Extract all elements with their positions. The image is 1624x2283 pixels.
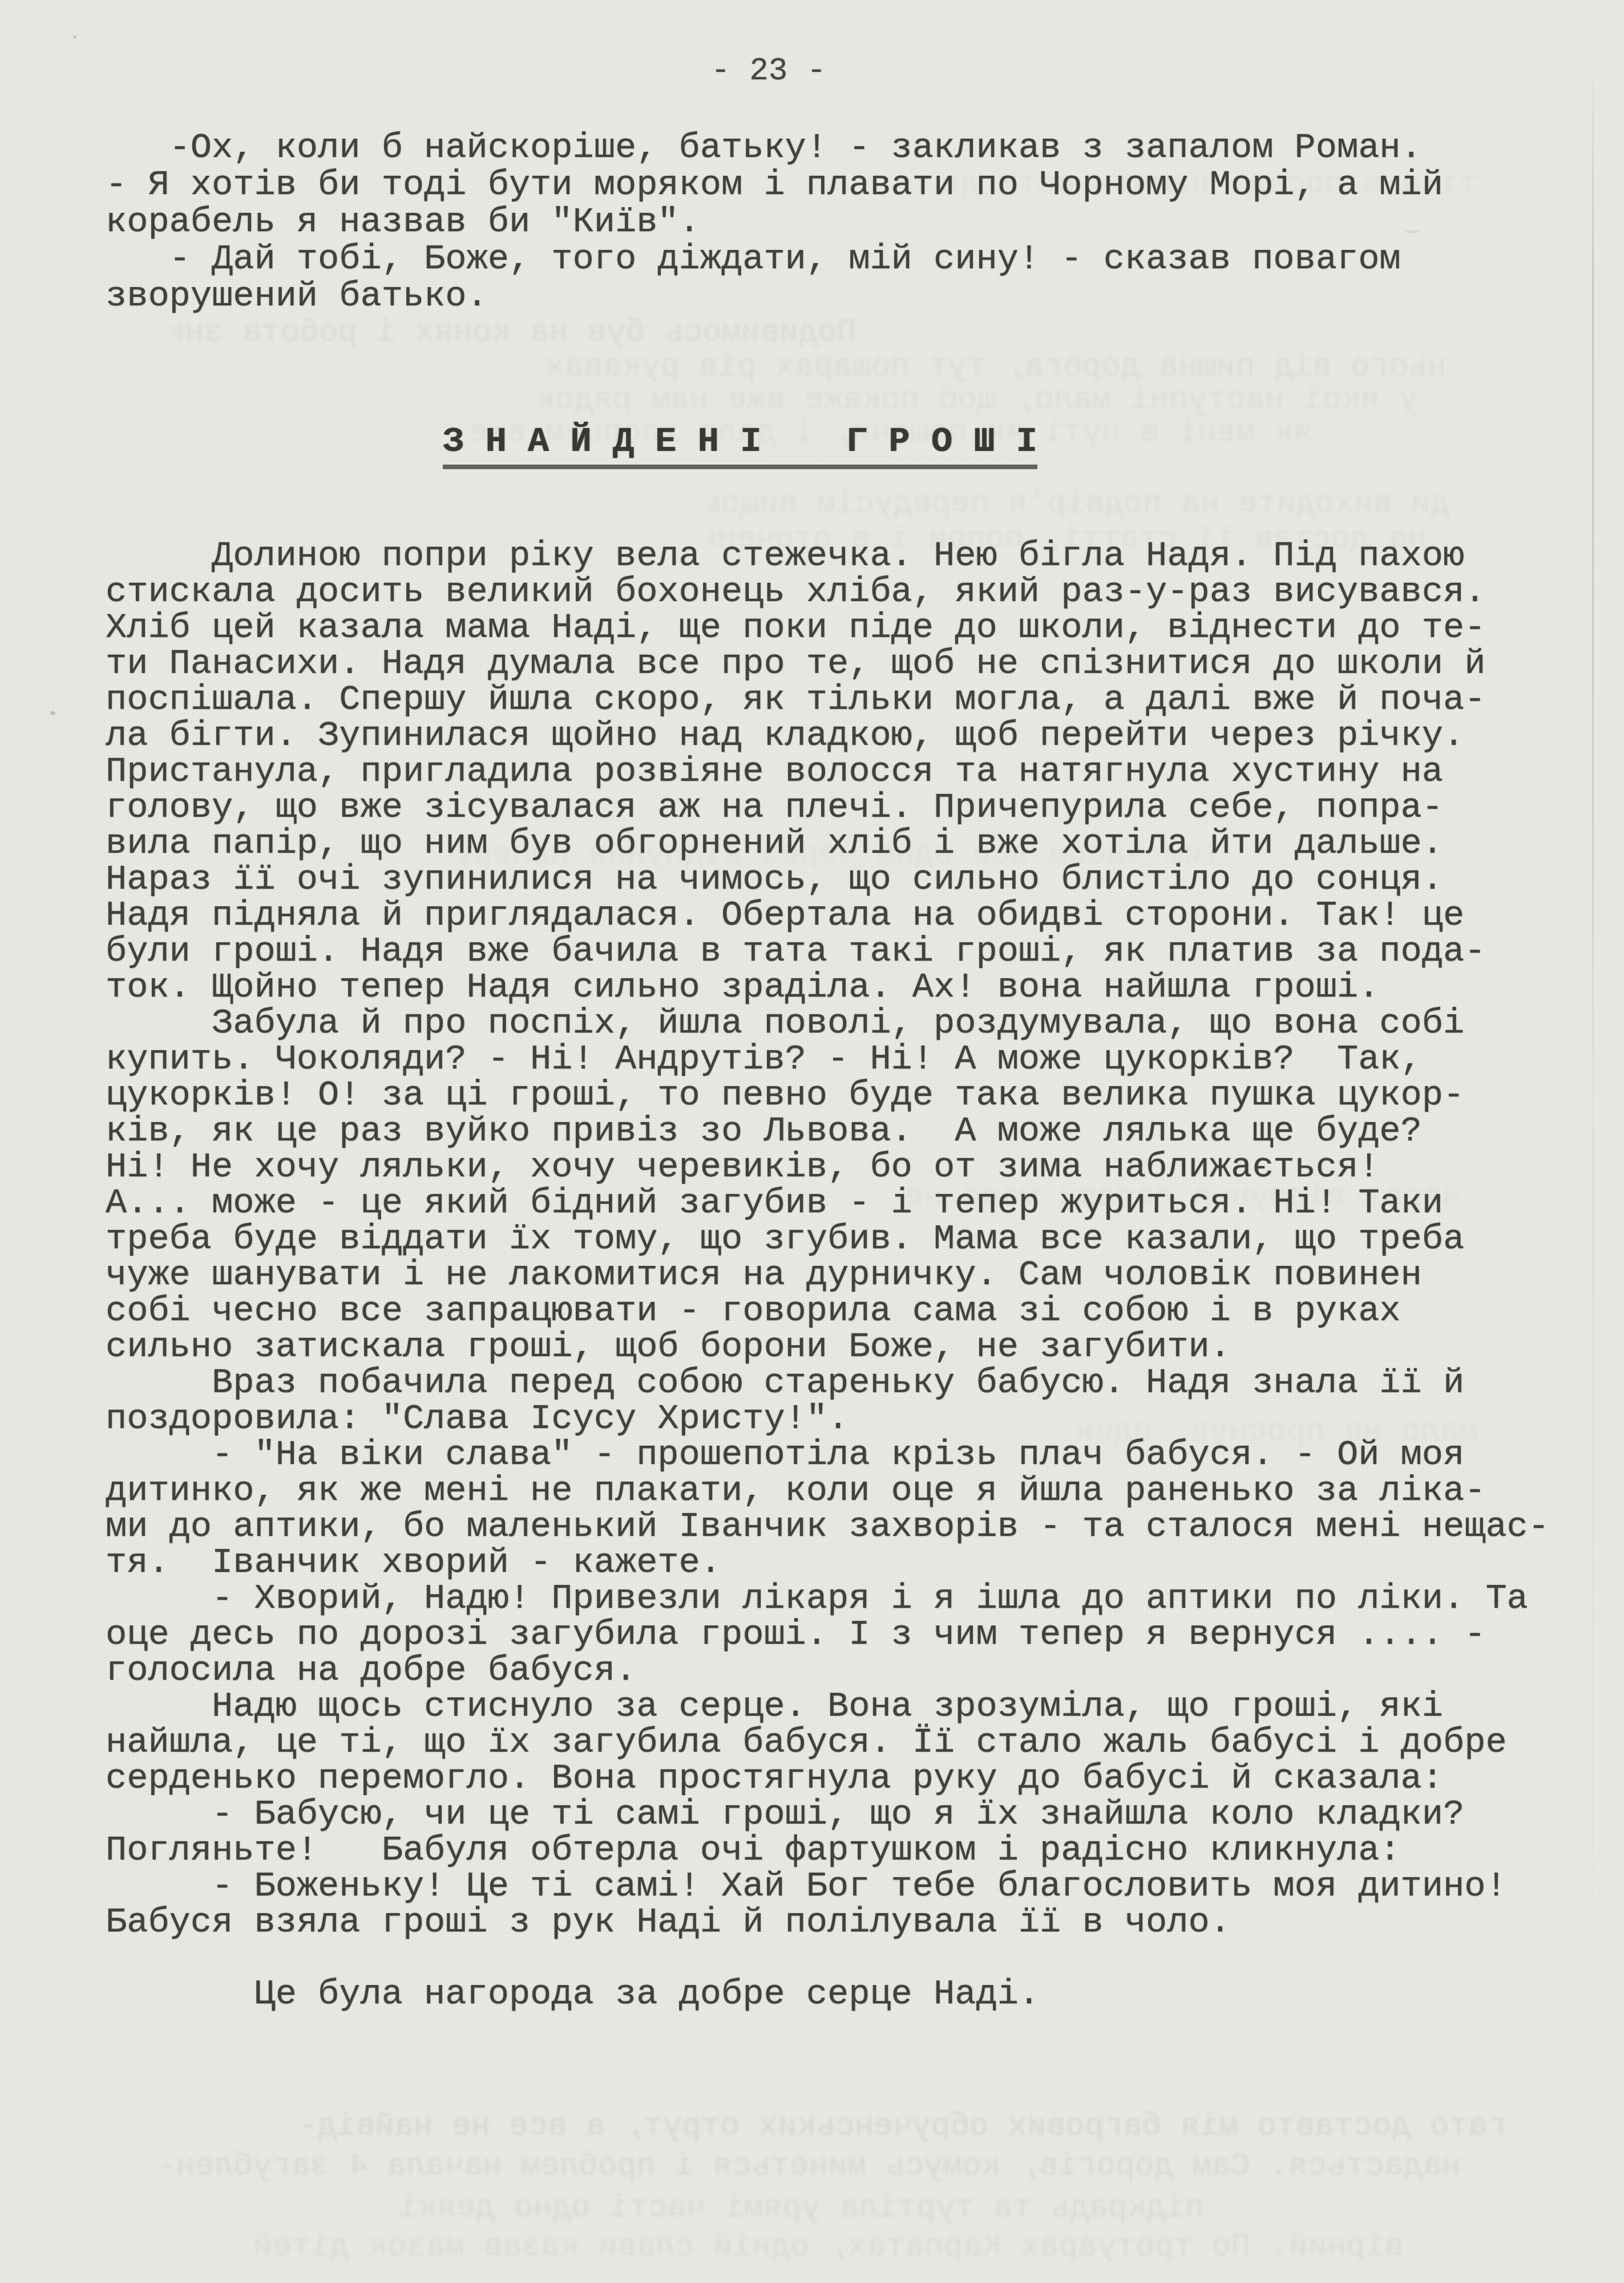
typed-text-line: Надя підняла й приглядалася. Обертала на… (106, 897, 1549, 933)
typed-text-line: купить. Чоколяди? - Ні! Андрутів? - Ні! … (106, 1041, 1549, 1077)
typed-text-line: Долиною попри ріку вела стежечка. Нею бі… (106, 538, 1549, 574)
typed-text-line: стискала досить великий бохонець хліба, … (106, 574, 1549, 610)
typed-text-line: - Боженьку! Це ті самі! Хай Бог тебе бла… (106, 1868, 1549, 1904)
typed-text-line: - Хворий, Надю! Привезли лікаря і я ішла… (106, 1580, 1549, 1616)
typed-text-line: серденько перемогло. Вона простягнула ру… (106, 1760, 1549, 1796)
typed-text-line: дитинко, як же мені не плакати, коли оце… (106, 1473, 1549, 1508)
bleedthrough-line: ди виходите на подвір'я передусім вищому… (708, 486, 1449, 522)
typed-text-line: Бабуся взяла гроші з рук Наді й полілува… (106, 1904, 1549, 1940)
typed-text-line: ла бігти. Зупинилася щойно над кладкою, … (106, 717, 1549, 753)
typed-text-line: ми до аптики, бо маленький Іванчик захво… (106, 1508, 1549, 1544)
typed-text-line: поздоровила: "Слава Ісусу Христу!". (106, 1401, 1549, 1437)
typed-text-line: чуже шанувати і не лакомитися на дурничк… (106, 1257, 1549, 1293)
typed-text-line: вила папір, що ним був обгорнений хліб і… (106, 825, 1549, 861)
story-body: Долиною попри ріку вела стежечка. Нею бі… (106, 538, 1549, 2012)
typed-text-line: собі чесно все запрацювати - говорила са… (106, 1293, 1549, 1329)
page-fold-line (1592, 80, 1594, 1130)
typed-text-line: Нараз її очі зупинилися на чимось, що си… (106, 861, 1549, 897)
typed-text-line: були гроші. Надя вже бачила в тата такі … (106, 933, 1549, 969)
typed-text-line: - Бабусю, чи це ті самі гроші, що я їх з… (106, 1796, 1549, 1832)
typed-text-line: зворушений батько. (106, 277, 1443, 314)
typed-text-line: Ні! Не хочу ляльки, хочу черевиків, бо о… (106, 1149, 1549, 1185)
typed-text-line: - Дай тобі, Боже, того діждати, мій сину… (106, 240, 1443, 277)
bleedthrough-line: підкрадь та туртіла урямі часті одно дея… (91, 2191, 1204, 2226)
typed-text-line (106, 1940, 1549, 1976)
bleedthrough-line: нього від пишна дорога, тут пошарах рів … (134, 349, 1447, 385)
typed-text-line: Пристанула, пригладила розвіяне волосся … (106, 753, 1549, 789)
typed-text-line: Погляньте! Бабуля обтерла очі фартушком … (106, 1832, 1549, 1868)
previous-story-ending: -Ох, коли б найскоріше, батьку! - заклик… (106, 129, 1443, 314)
bleedthrough-line: гато доставто мія багрових обрученських … (91, 2109, 1506, 2144)
typed-text-line: найшла, це ті, що їх загубила бабуся. Її… (106, 1724, 1549, 1760)
typed-text-line: ків, як це раз вуйко привіз зо Львова. А… (106, 1113, 1549, 1149)
story-title: З Н А Й Д Е Н І Г Р О Ш І (443, 421, 1037, 469)
typed-text-line: сильно затискала гроші, щоб борони Боже,… (106, 1329, 1549, 1365)
typed-text-line: поспішала. Спершу йшла скоро, як тільки … (106, 681, 1549, 717)
typed-text-line: цукорків! О! за ці гроші, то певно буде … (106, 1077, 1549, 1113)
typed-text-line: -Ох, коли б найскоріше, батьку! - заклик… (106, 129, 1443, 166)
page-number: - 23 - (711, 53, 826, 89)
typed-text-line: Враз побачила перед собою стареньку бабу… (106, 1365, 1549, 1401)
typed-text-line: голосила на добре бабуся. (106, 1652, 1549, 1688)
bleedthrough-line: вірний. По тротуарах Карпатах, одній сла… (91, 2229, 1404, 2265)
typed-text-line: ти Панасихи. Надя думала все про те, щоб… (106, 646, 1549, 681)
typed-text-line: - Я хотів би тоді бути моряком і плавати… (106, 166, 1443, 203)
typed-text-line: Забула й про поспіх, йшла поволі, роздум… (106, 1005, 1549, 1041)
typed-text-line: Хліб цей казала мама Наді, ще поки піде … (106, 610, 1549, 646)
bleedthrough-line: надасться. Сам дорогів, комусь минеться … (91, 2149, 1461, 2184)
typed-text-line: - "На віки слава" - прошепотіла крізь пл… (106, 1437, 1549, 1473)
page-fold-line-lower (1593, 1130, 1594, 1986)
story-title-row: З Н А Й Д Е Н І Г Р О Ш І (443, 421, 1037, 469)
typed-text-line: корабель я назвав би "Київ". (106, 203, 1443, 240)
typed-text-line: Надю щось стиснуло за серце. Вона зрозум… (106, 1688, 1549, 1724)
ink-speck (73, 35, 76, 39)
ink-speck (50, 711, 55, 715)
typed-text-line: ток. Щойно тепер Надя сильно зраділа. Ах… (106, 969, 1549, 1005)
typed-text-line: треба буде віддати їх тому, що згубив. М… (106, 1221, 1549, 1257)
scanned-typewritten-page: ті а в посаді намять вати досі Подивимос… (0, 0, 1624, 2283)
bleedthrough-line: у якої наступні мало, щоб покаже вже нам… (134, 382, 1418, 418)
typed-text-line: тя. Іванчик хворий - кажете. (106, 1544, 1549, 1580)
typed-text-line: оце десь по дорозі загубила гроші. І з ч… (106, 1616, 1549, 1652)
typed-text-line: Це була нагорода за добре серце Наді. (106, 1976, 1549, 2012)
typed-text-line: А... може - це який бідний загубив - і т… (106, 1185, 1549, 1221)
bleedthrough-line: Подивимось був на конях і робота зникла (171, 315, 856, 350)
typed-text-line: голову, що вже зісувалася аж на плечі. П… (106, 789, 1549, 825)
